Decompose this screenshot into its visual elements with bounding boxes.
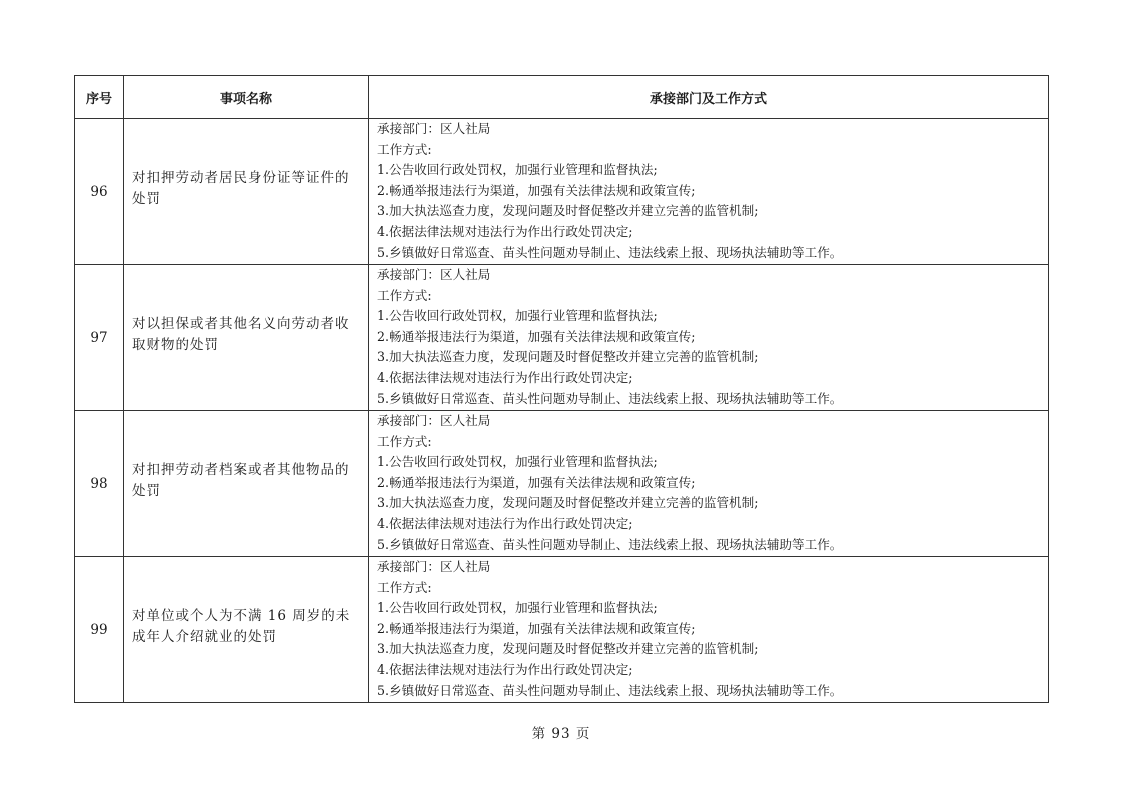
method-item: 2.畅通举报违法行为渠道，加强有关法律法规和政策宣传; xyxy=(377,473,1042,494)
method-item: 2.畅通举报违法行为渠道，加强有关法律法规和政策宣传; xyxy=(377,181,1042,202)
page-number: 第 93 页 xyxy=(0,722,1122,742)
method-item: 4.依据法律法规对违法行为作出行政处罚决定; xyxy=(377,514,1042,535)
method-item: 3.加大执法巡查力度，发现问题及时督促整改并建立完善的监管机制; xyxy=(377,347,1042,368)
table-row: 97 对以担保或者其他名义向劳动者收取财物的处罚 承接部门：区人社局 工作方式:… xyxy=(75,265,1049,411)
method-item: 2.畅通举报违法行为渠道，加强有关法律法规和政策宣传; xyxy=(377,327,1042,348)
table-header-row: 序号 事项名称 承接部门及工作方式 xyxy=(75,76,1049,119)
method-item: 2.畅通举报违法行为渠道，加强有关法律法规和政策宣传; xyxy=(377,619,1042,640)
department-and-method: 承接部门：区人社局 工作方式: 1.公告收回行政处罚权，加强行业管理和监督执法;… xyxy=(369,557,1049,703)
serial-number: 99 xyxy=(75,557,124,703)
method-item: 3.加大执法巡查力度，发现问题及时督促整改并建立完善的监管机制; xyxy=(377,493,1042,514)
table-row: 98 对扣押劳动者档案或者其他物品的处罚 承接部门：区人社局 工作方式: 1.公… xyxy=(75,411,1049,557)
method-item: 5.乡镇做好日常巡查、苗头性问题劝导制止、违法线索上报、现场执法辅助等工作。 xyxy=(377,389,1042,410)
method-item: 1.公告收回行政处罚权，加强行业管理和监督执法; xyxy=(377,306,1042,327)
method-item: 1.公告收回行政处罚权，加强行业管理和监督执法; xyxy=(377,160,1042,181)
serial-number: 97 xyxy=(75,265,124,411)
matters-table: 序号 事项名称 承接部门及工作方式 96 对扣押劳动者居民身份证等证件的处罚 承… xyxy=(74,75,1049,703)
method-item: 4.依据法律法规对违法行为作出行政处罚决定; xyxy=(377,368,1042,389)
department-line: 承接部门：区人社局 xyxy=(377,119,1042,140)
method-item: 4.依据法律法规对违法行为作出行政处罚决定; xyxy=(377,660,1042,681)
table-row: 99 对单位或个人为不满 16 周岁的未成年人介绍就业的处罚 承接部门：区人社局… xyxy=(75,557,1049,703)
method-item: 3.加大执法巡查力度，发现问题及时督促整改并建立完善的监管机制; xyxy=(377,201,1042,222)
method-item: 5.乡镇做好日常巡查、苗头性问题劝导制止、违法线索上报、现场执法辅助等工作。 xyxy=(377,243,1042,264)
department-and-method: 承接部门：区人社局 工作方式: 1.公告收回行政处罚权，加强行业管理和监督执法;… xyxy=(369,411,1049,557)
department-and-method: 承接部门：区人社局 工作方式: 1.公告收回行政处罚权，加强行业管理和监督执法;… xyxy=(369,265,1049,411)
method-heading: 工作方式: xyxy=(377,140,1042,161)
table-row: 96 对扣押劳动者居民身份证等证件的处罚 承接部门：区人社局 工作方式: 1.公… xyxy=(75,119,1049,265)
method-item: 4.依据法律法规对违法行为作出行政处罚决定; xyxy=(377,222,1042,243)
department-line: 承接部门：区人社局 xyxy=(377,411,1042,432)
department-and-method: 承接部门：区人社局 工作方式: 1.公告收回行政处罚权，加强行业管理和监督执法;… xyxy=(369,119,1049,265)
matter-name: 对单位或个人为不满 16 周岁的未成年人介绍就业的处罚 xyxy=(124,557,369,703)
serial-number: 96 xyxy=(75,119,124,265)
method-heading: 工作方式: xyxy=(377,432,1042,453)
department-line: 承接部门：区人社局 xyxy=(377,265,1042,286)
header-matter-name: 事项名称 xyxy=(124,76,369,119)
department-line: 承接部门：区人社局 xyxy=(377,557,1042,578)
method-item: 5.乡镇做好日常巡查、苗头性问题劝导制止、违法线索上报、现场执法辅助等工作。 xyxy=(377,681,1042,702)
method-item: 3.加大执法巡查力度，发现问题及时督促整改并建立完善的监管机制; xyxy=(377,639,1042,660)
method-heading: 工作方式: xyxy=(377,286,1042,307)
method-item: 5.乡镇做好日常巡查、苗头性问题劝导制止、违法线索上报、现场执法辅助等工作。 xyxy=(377,535,1042,556)
matter-name: 对扣押劳动者档案或者其他物品的处罚 xyxy=(124,411,369,557)
method-item: 1.公告收回行政处罚权，加强行业管理和监督执法; xyxy=(377,598,1042,619)
header-serial-number: 序号 xyxy=(75,76,124,119)
header-department-and-method: 承接部门及工作方式 xyxy=(369,76,1049,119)
method-heading: 工作方式: xyxy=(377,578,1042,599)
matter-name: 对扣押劳动者居民身份证等证件的处罚 xyxy=(124,119,369,265)
matter-name: 对以担保或者其他名义向劳动者收取财物的处罚 xyxy=(124,265,369,411)
method-item: 1.公告收回行政处罚权，加强行业管理和监督执法; xyxy=(377,452,1042,473)
serial-number: 98 xyxy=(75,411,124,557)
